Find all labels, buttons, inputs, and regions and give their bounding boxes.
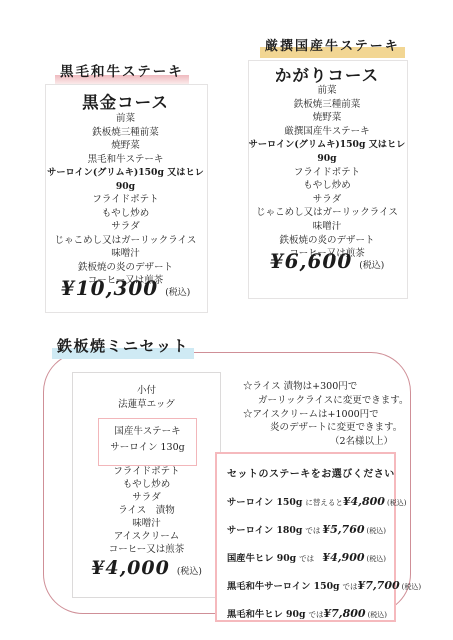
tax-note: (税込)	[367, 554, 386, 564]
option-condition: に替えると	[305, 497, 343, 508]
price-value: ¥6,600	[270, 249, 353, 273]
steak-options-header: セットのステーキをお選びください	[227, 465, 386, 480]
kagari-course-title: かがりコース	[248, 62, 406, 86]
option-condition: では	[308, 609, 323, 620]
option-name: サーロイン 150g	[227, 494, 302, 508]
tax-note: (税込)	[402, 582, 421, 592]
note-line: ☆アイスクリームは+1000円で	[240, 408, 410, 422]
mini-set-steak-box: 国産牛ステーキ サーロイン 130g	[98, 418, 197, 466]
list-item: 鉄板焼三種前菜	[45, 126, 206, 140]
mini-set-tag: 鉄板焼ミニセット	[52, 333, 194, 359]
wagyu-course-tag-label: 黒毛和牛ステーキ	[55, 61, 189, 84]
option-price: ¥7,800	[323, 607, 365, 620]
table-row: サーロイン 180g では ¥5,760 (税込)	[227, 522, 386, 536]
list-item: じゃこめし又はガーリックライス	[45, 234, 206, 248]
list-item: じゃこめし又はガーリックライス	[248, 206, 406, 220]
option-name: 黒毛和牛サーロイン 150g	[227, 578, 340, 592]
list-item: 味噌汁	[248, 220, 406, 234]
table-row: サーロイン 150g に替えると ¥4,800 (税込)	[227, 494, 386, 508]
option-name: 国産牛ヒレ 90g	[227, 550, 296, 564]
list-item: 前菜	[45, 112, 206, 126]
list-item: 鉄板焼の炎のデザート	[248, 234, 406, 248]
list-item: 厳撰国産牛ステーキ	[248, 125, 406, 139]
option-name: サーロイン 180g	[227, 522, 302, 536]
kagari-course-price: ¥6,600(税込)	[248, 249, 406, 273]
list-item: 前菜	[248, 84, 406, 98]
list-item: もやし炒め	[45, 207, 206, 221]
list-item: フライドポテト	[73, 465, 220, 478]
list-item: 鉄板焼三種前菜	[248, 98, 406, 112]
list-item: ライス 漬物	[73, 504, 220, 517]
kokusan-course-tag: 厳撰国産牛ステーキ	[260, 35, 405, 58]
mini-set-tag-label: 鉄板焼ミニセット	[52, 333, 194, 359]
tax-note: (税込)	[387, 498, 406, 508]
note-line: ガーリックライスに変更できます。	[240, 394, 410, 408]
mini-set-top-items: 小付 法蓮草エッグ	[73, 384, 220, 412]
list-item: 国産牛ステーキ	[99, 424, 196, 440]
wagyu-course-tag: 黒毛和牛ステーキ	[55, 61, 189, 84]
list-item: コーヒー又は煎茶	[73, 543, 220, 556]
option-condition: では	[305, 525, 320, 536]
list-item: もやし炒め	[248, 179, 406, 193]
tax-note: (税込)	[359, 261, 384, 271]
option-price: ¥4,900	[322, 551, 364, 564]
table-row: 黒毛和牛ヒレ 90g では ¥7,800 (税込)	[227, 606, 386, 620]
price-value: ¥4,000	[91, 557, 170, 579]
list-item: サラダ	[73, 491, 220, 504]
list-item: サーロイン(グリムキ)150g 又はヒレ 90g	[45, 166, 206, 193]
kurokin-course-items: 前菜 鉄板焼三種前菜 焼野菜 黒毛和牛ステーキ サーロイン(グリムキ)150g …	[45, 112, 206, 288]
list-item: もやし炒め	[73, 478, 220, 491]
list-item: 法蓮草エッグ	[73, 398, 220, 412]
kokusan-course-tag-label: 厳撰国産牛ステーキ	[260, 35, 405, 58]
list-item: 小付	[73, 384, 220, 398]
note-line: （2名様以上）	[240, 435, 410, 449]
tax-note: (税込)	[368, 610, 387, 620]
kagari-course-items: 前菜 鉄板焼三種前菜 焼野菜 厳撰国産牛ステーキ サーロイン(グリムキ)150g…	[248, 84, 406, 261]
option-name: 黒毛和牛ヒレ 90g	[227, 606, 305, 620]
list-item: サーロイン 130g	[99, 440, 196, 456]
tax-note: (税込)	[165, 288, 190, 298]
kurokin-course-price: ¥10,300(税込)	[45, 276, 206, 300]
list-item: 味噌汁	[73, 517, 220, 530]
list-item: 鉄板焼の炎のデザート	[45, 261, 206, 275]
steak-options-box: セットのステーキをお選びください サーロイン 150g に替えると ¥4,800…	[215, 452, 396, 622]
option-condition: では	[299, 553, 314, 564]
list-item: サラダ	[248, 193, 406, 207]
tax-note: (税込)	[367, 526, 386, 536]
mini-set-menu-box: 小付 法蓮草エッグ 国産牛ステーキ サーロイン 130g フライドポテト もやし…	[72, 372, 221, 598]
list-item: サーロイン(グリムキ)150g 又はヒレ 90g	[248, 138, 406, 165]
menu-page: 黒毛和牛ステーキ 黒金コース 前菜 鉄板焼三種前菜 焼野菜 黒毛和牛ステーキ サ…	[0, 0, 453, 640]
mini-set-notes: ☆ライス 漬物は+300円で ガーリックライスに変更できます。 ☆アイスクリーム…	[240, 380, 410, 449]
table-row: 黒毛和牛サーロイン 150g では ¥7,700 (税込)	[227, 578, 386, 592]
mini-set-bottom-items: フライドポテト もやし炒め サラダ ライス 漬物 味噌汁 アイスクリーム コーヒ…	[73, 465, 220, 556]
list-item: サラダ	[45, 220, 206, 234]
list-item: フライドポテト	[248, 166, 406, 180]
mini-set-price: ¥4,000(税込)	[73, 557, 220, 579]
list-item: フライドポテト	[45, 193, 206, 207]
note-line: 炎のデザートに変更できます。	[240, 421, 410, 435]
option-condition: では	[343, 581, 358, 592]
price-value: ¥10,300	[61, 276, 158, 300]
list-item: 焼野菜	[45, 139, 206, 153]
list-item: アイスクリーム	[73, 530, 220, 543]
option-price: ¥4,800	[343, 495, 385, 508]
table-row: 国産牛ヒレ 90g では ¥4,900 (税込)	[227, 550, 386, 564]
note-line: ☆ライス 漬物は+300円で	[240, 380, 410, 394]
kurokin-course-title: 黒金コース	[45, 89, 206, 113]
option-price: ¥7,700	[358, 579, 400, 592]
tax-note: (税込)	[177, 567, 202, 577]
option-price: ¥5,760	[322, 523, 364, 536]
list-item: 味噌汁	[45, 247, 206, 261]
list-item: 黒毛和牛ステーキ	[45, 153, 206, 167]
list-item: 焼野菜	[248, 111, 406, 125]
